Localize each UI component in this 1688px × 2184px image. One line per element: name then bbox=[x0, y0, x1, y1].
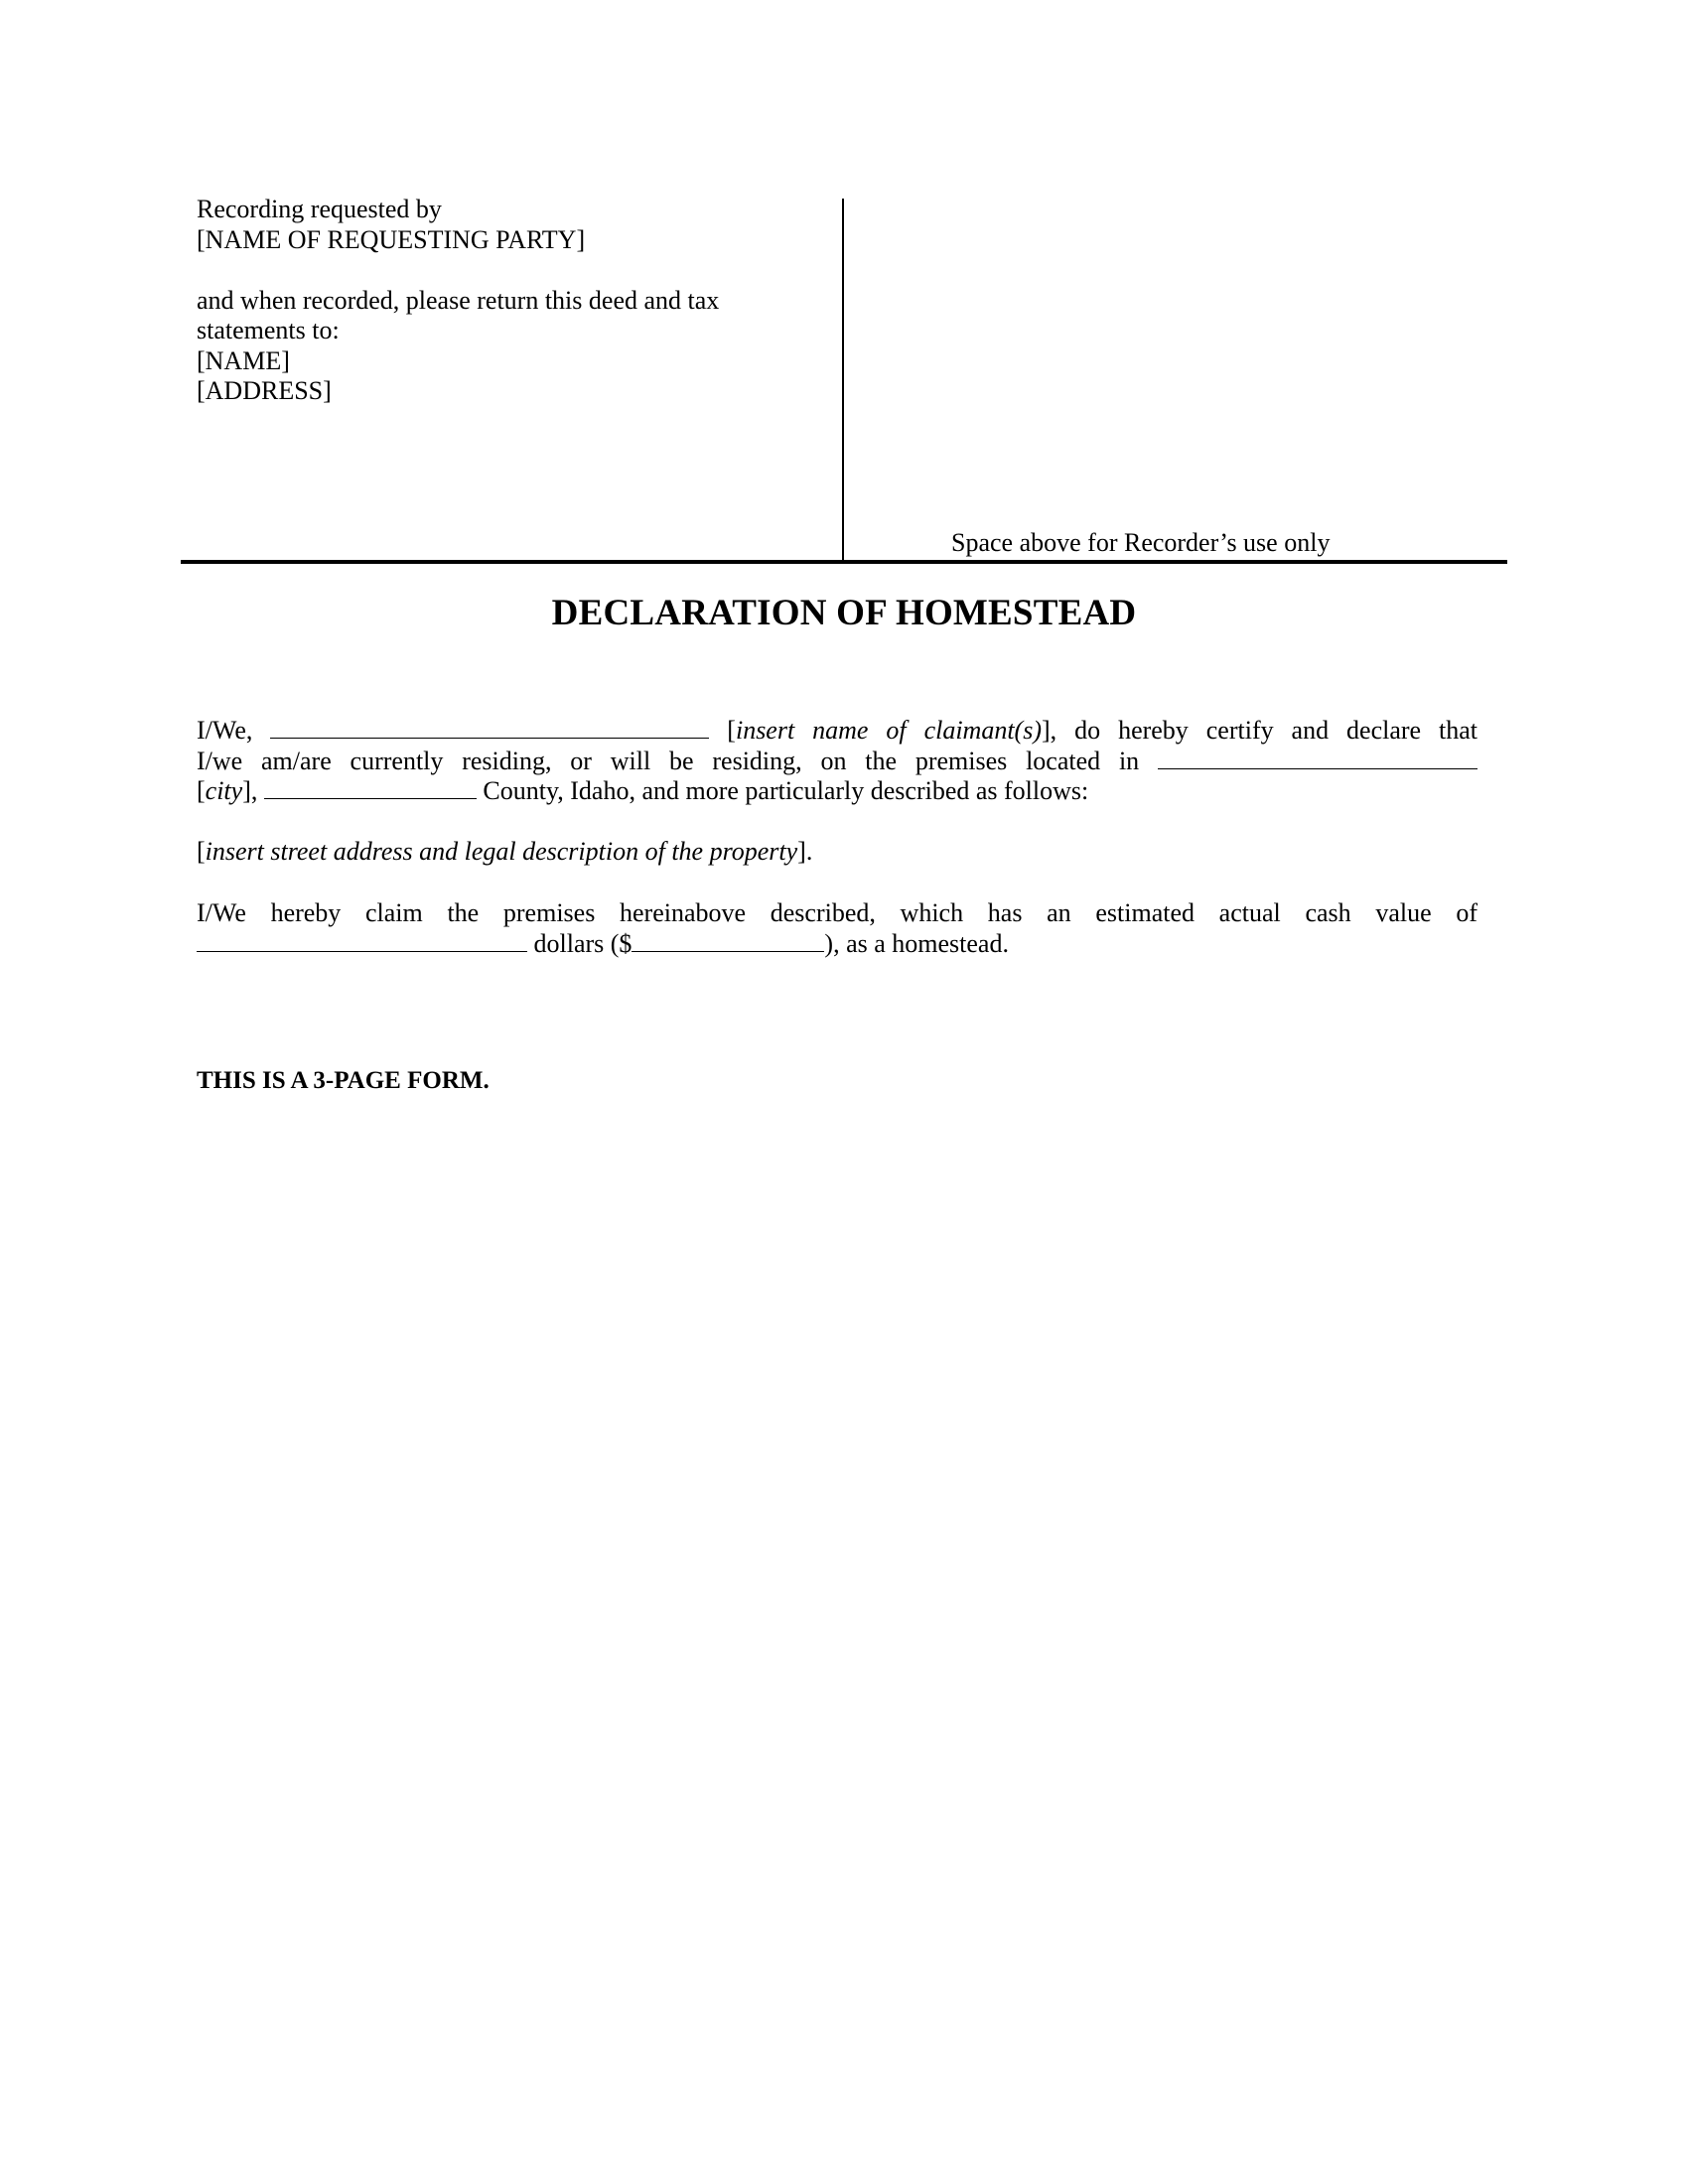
return-address-field[interactable]: [ADDRESS] bbox=[197, 376, 832, 407]
city-hint-close: ], bbox=[242, 776, 257, 805]
requesting-party-field[interactable]: [NAME OF REQUESTING PARTY] bbox=[197, 225, 832, 256]
declaration-prefix: I/We, bbox=[197, 716, 252, 745]
return-instruction-line-2: statements to: bbox=[197, 316, 832, 346]
declaration-line-1: I/We, [insert name of claimant(s)], do h… bbox=[197, 716, 1477, 747]
header-rule bbox=[181, 560, 1507, 564]
cash-value-amount-blank[interactable] bbox=[632, 929, 824, 952]
property-hint-open: [ bbox=[197, 837, 206, 866]
property-description-line[interactable]: [insert street address and legal descrip… bbox=[197, 837, 1477, 868]
property-hint-close: ]. bbox=[797, 837, 812, 866]
city-hint: city bbox=[206, 776, 243, 805]
property-description-hint: insert street address and legal descript… bbox=[206, 837, 798, 866]
city-blank[interactable] bbox=[1158, 747, 1477, 769]
declaration-line-2: I/we am/are currently residing, or will … bbox=[197, 747, 1477, 777]
document-page: Recording requested by [NAME OF REQUESTI… bbox=[0, 0, 1688, 2184]
declaration-line-2-text: I/we am/are currently residing, or will … bbox=[197, 747, 1139, 775]
cash-value-words-blank[interactable] bbox=[197, 929, 527, 952]
claim-line-1: I/We hereby claim the premises hereinabo… bbox=[197, 898, 1477, 929]
requested-by-label: Recording requested by bbox=[197, 195, 832, 225]
claimant-hint-close: ] bbox=[1042, 716, 1051, 745]
recording-requested-block: Recording requested by [NAME OF REQUESTI… bbox=[197, 195, 832, 407]
recorder-area-divider bbox=[842, 199, 844, 562]
declaration-line-3-suffix: County, Idaho, and more particularly des… bbox=[483, 776, 1088, 805]
claim-line-2: dollars ($), as a homestead. bbox=[197, 929, 1477, 960]
declaration-line-3: [city], County, Idaho, and more particul… bbox=[197, 776, 1477, 807]
declaration-paragraph: I/We, [insert name of claimant(s)], do h… bbox=[197, 716, 1477, 807]
return-name-field[interactable]: [NAME] bbox=[197, 346, 832, 377]
county-blank[interactable] bbox=[264, 776, 477, 799]
claimant-name-blank[interactable] bbox=[270, 716, 709, 739]
declaration-line-1-suffix: , do hereby certify and declare that bbox=[1051, 716, 1477, 745]
property-description-paragraph: [insert street address and legal descrip… bbox=[197, 837, 1477, 868]
claim-line-2-suffix: ), as a homestead. bbox=[824, 929, 1009, 958]
city-hint-open: [ bbox=[197, 776, 206, 805]
homestead-claim-paragraph: I/We hereby claim the premises hereinabo… bbox=[197, 898, 1477, 959]
page-count-note: THIS IS A 3-PAGE FORM. bbox=[197, 1066, 1477, 1097]
dollars-label: dollars ($ bbox=[534, 929, 633, 958]
document-title: DECLARATION OF HOMESTEAD bbox=[0, 592, 1688, 635]
claimant-hint-open: [ bbox=[727, 716, 736, 745]
recorder-use-note: Space above for Recorder’s use only bbox=[951, 528, 1330, 558]
claimant-hint: insert name of claimant(s) bbox=[736, 716, 1042, 745]
return-instruction-line-1: and when recorded, please return this de… bbox=[197, 286, 832, 317]
spacer bbox=[197, 255, 832, 286]
